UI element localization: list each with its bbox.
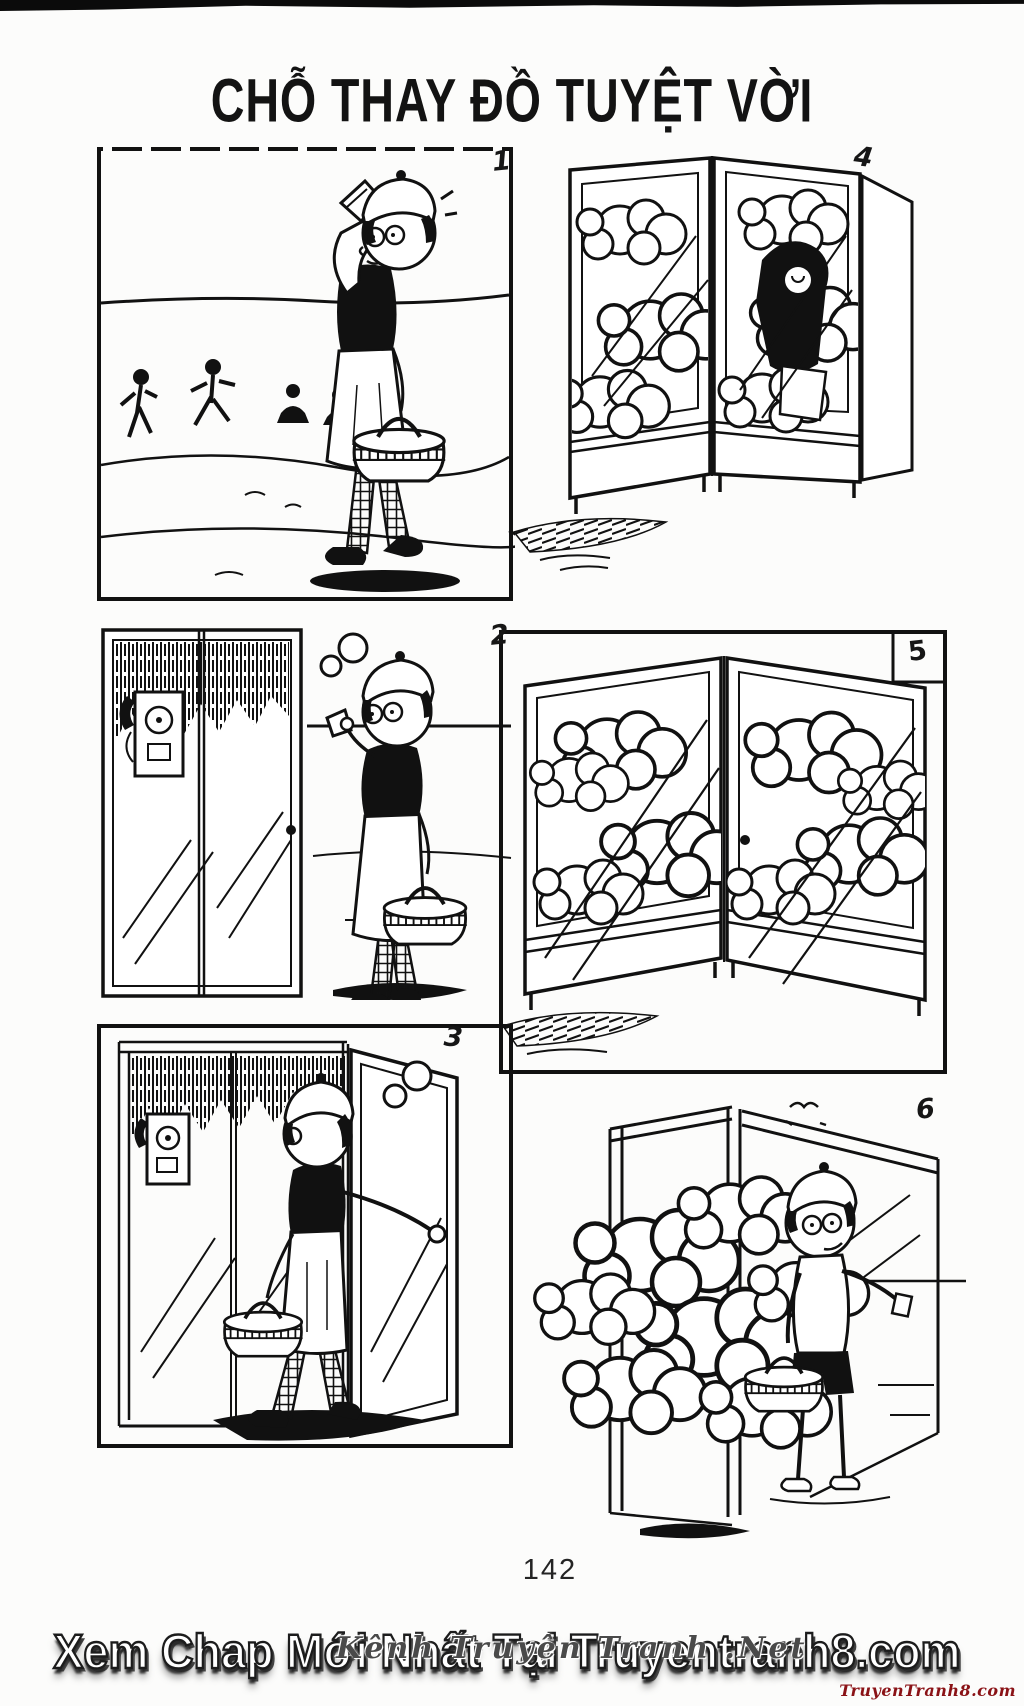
panel-2 [95, 608, 515, 1000]
panel-2-drawing [95, 608, 515, 1000]
panel-5 [497, 628, 949, 1076]
children-figures [121, 359, 355, 437]
panel-1 [95, 145, 515, 603]
panel-6 [490, 1085, 970, 1540]
panel-6-drawing [490, 1085, 970, 1540]
comic-page: CHỖ THAY ĐỒ TUYỆT VỜI [0, 0, 1024, 1706]
beach-background [101, 295, 515, 575]
scan-artifact-strip [0, 0, 1024, 11]
phone-booth [103, 630, 301, 996]
footer-overlay-watermark: Kênh Truyện Tranh .Net [336, 1631, 807, 1666]
panel-number-1: 1 [491, 147, 513, 176]
door-knob [740, 835, 750, 845]
panel-number-6: 6 [915, 1095, 937, 1124]
panel-number-4: 4 [852, 143, 874, 172]
panel-3 [95, 1022, 515, 1450]
boy-figure [310, 170, 460, 592]
ground-shadow [514, 519, 666, 552]
panel-number-5: 5 [907, 637, 929, 666]
page-title: CHỖ THAY ĐỒ TUYỆT VỜI [92, 65, 932, 136]
page-number: 142 [60, 1554, 1024, 1587]
panel-3-drawing [95, 1022, 515, 1450]
panel-4-drawing [500, 140, 940, 600]
corner-watermark: TruyenTranh8.com [839, 1681, 1016, 1700]
panel-4 [500, 140, 940, 600]
open-door [351, 1050, 457, 1436]
boy-figure [321, 634, 467, 1000]
panel-number-2: 2 [489, 621, 511, 650]
booth-shadow [640, 1523, 750, 1538]
ground-shadow [503, 1013, 657, 1046]
panel-1-drawing [95, 145, 515, 603]
panel-5-drawing [497, 628, 949, 1076]
panel-number-3: 3 [443, 1023, 464, 1051]
bird-marks [786, 1103, 826, 1125]
